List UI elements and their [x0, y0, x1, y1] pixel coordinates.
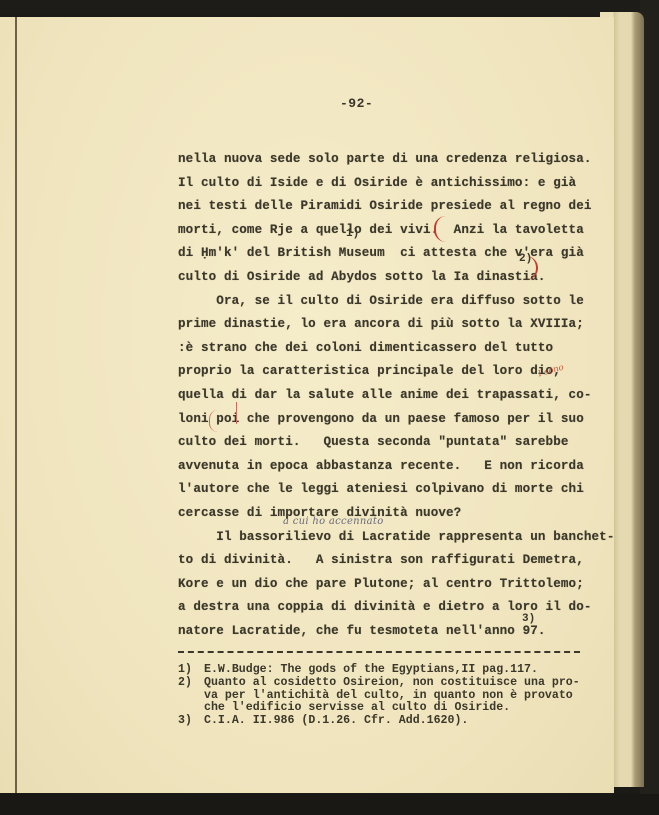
text-line: Il bassorilievo di Lacratide rappresenta… [178, 526, 598, 550]
text-line: nei testi delle Piramidi Osiride presied… [178, 195, 598, 219]
footnote-separator [178, 651, 580, 653]
text-line: culto dei morti. Questa seconda "puntata… [178, 431, 598, 455]
text-line: avvenuta in epoca abbastanza recente. E … [178, 455, 598, 479]
binding-gutter [15, 17, 17, 793]
scan-background-bottom [0, 794, 659, 815]
text-line: prime dinastie, lo era ancora di più sot… [178, 313, 598, 337]
text-line: to di divinità. A sinistra son raffigura… [178, 549, 598, 573]
text-line: cercasse di importare divinità nuove? [178, 502, 598, 526]
pencil-note: a cui ho accennato [283, 516, 384, 527]
footnote-3: 3) C.I.A. II.986 (D.1.26. Cfr. Add.1620)… [178, 715, 598, 728]
text-line: loni poi che provengono da un paese famo… [178, 408, 598, 432]
text-line: Kore e un dio che pare Plutone; al centr… [178, 573, 598, 597]
red-mark-line [236, 402, 237, 424]
text-line: :è strano che dei coloni dimenticassero … [178, 337, 598, 361]
footnote-2: 2) Quanto al cosidetto Osireion, non cos… [178, 677, 598, 690]
text-line: quella di dar la salute alle anime dei t… [178, 384, 598, 408]
scan-background-top [0, 0, 659, 14]
text-line: proprio la caratteristica principale del… [178, 360, 598, 384]
page-number: -92- [340, 96, 373, 111]
red-open-bracket-small [209, 410, 218, 432]
text-line: l'autore che le leggi ateniesi colpivano… [178, 478, 598, 502]
text-line: Ora, se il culto di Osiride era diffuso … [178, 290, 598, 314]
body-text: nella nuova sede solo parte di una crede… [178, 148, 598, 643]
footnote-marker-3: 3) [522, 613, 535, 625]
footnotes: 1) E.W.Budge: The gods of the Egyptians,… [178, 664, 598, 728]
text-line: Il culto di Iside e di Osiride è antichi… [178, 172, 598, 196]
text-line: morti, come Rje a quello dei vivi. Anzi … [178, 219, 598, 243]
text-line: nella nuova sede solo parte di una crede… [178, 148, 598, 172]
footnote-1: 1) E.W.Budge: The gods of the Egyptians,… [178, 664, 598, 677]
footnote-marker-1: 1) [346, 228, 359, 240]
